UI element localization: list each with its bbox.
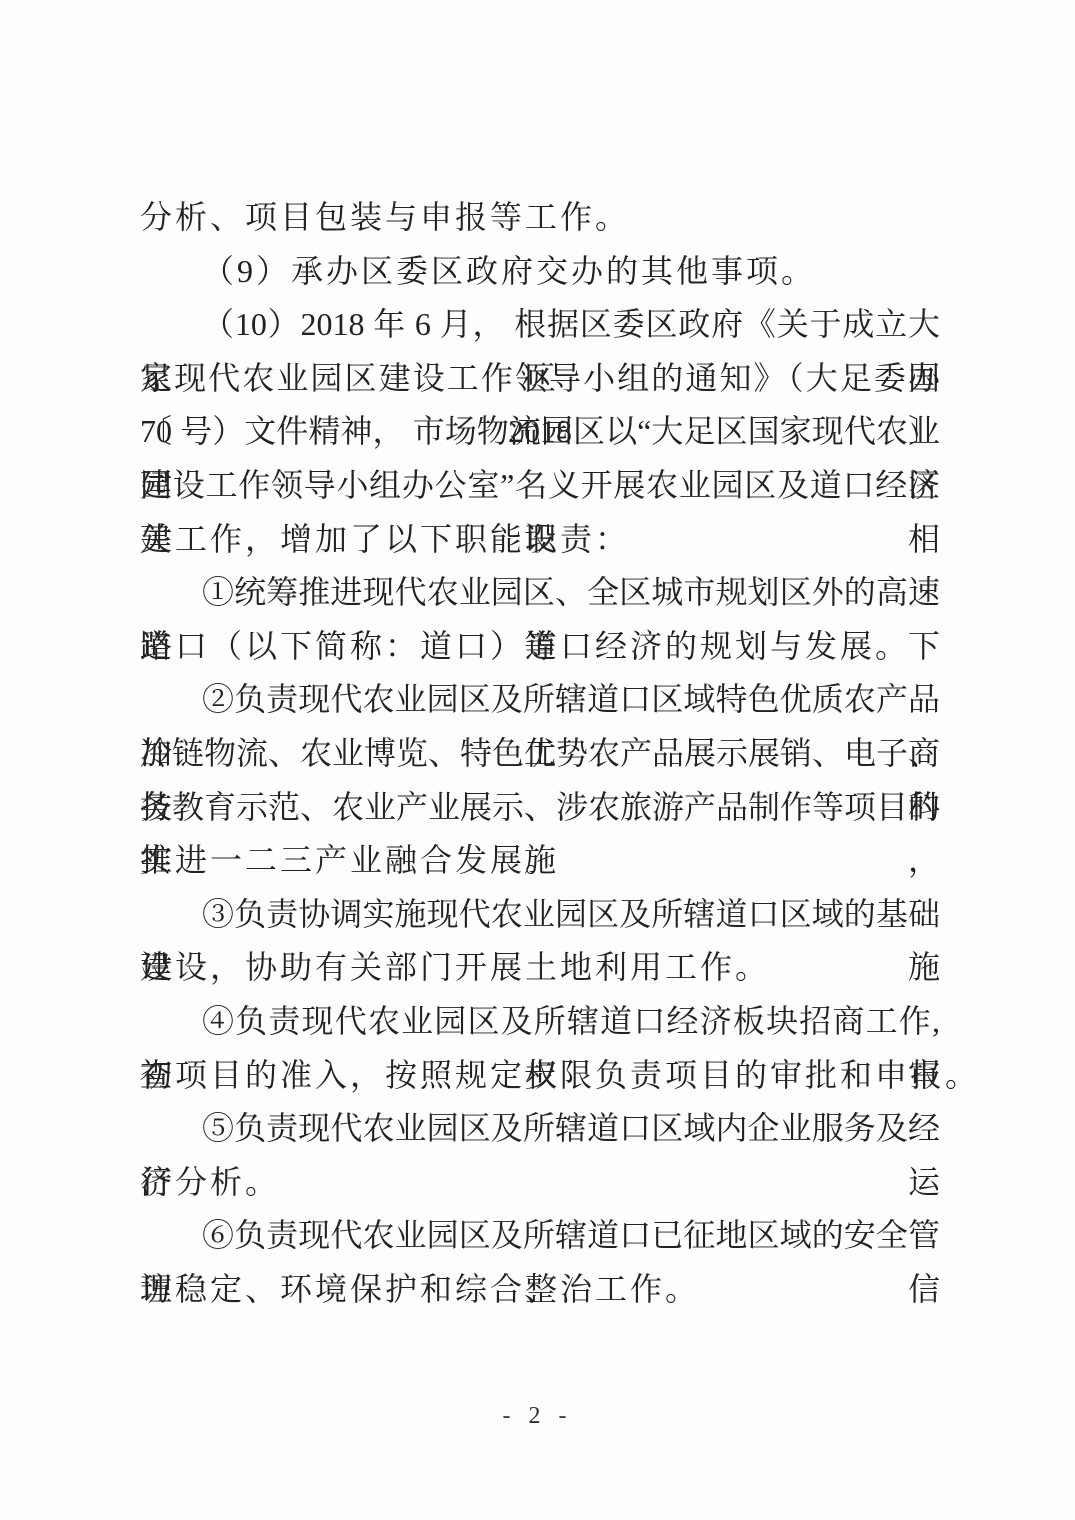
text-line: ②负责现代农业园区及所辖道口区域特色优质农产品加工、 <box>140 673 940 727</box>
document-body: 分析、项目包装与申报等工作。（9）承办区委区政府交办的其他事项。（10）2018… <box>140 191 940 1316</box>
text-line: 分析、项目包装与申报等工作。 <box>140 191 940 245</box>
text-line: ⑥负责现代农业园区及所辖道口已征地区域的安全管理、信 <box>140 1209 940 1263</box>
page-number: - 2 - <box>0 1400 1075 1432</box>
text-line: ⑤负责现代农业园区及所辖道口区域内企业服务及经济运 <box>140 1102 940 1156</box>
text-line: ④负责现代农业园区及所辖道口经济板块招商工作,初步审 <box>140 995 940 1049</box>
text-line: 查项目的准入，按照规定权限负责项目的审批和申报。 <box>140 1049 940 1103</box>
text-line: 家现代农业园区建设工作领导小组的通知》（大足委办〔2018〕 <box>140 352 940 406</box>
text-line: ③负责协调实施现代农业园区及所辖道口区域的基础设施 <box>140 888 940 942</box>
text-line: 技教育示范、农业产业展示、涉农旅游产品制作等项目的实施， <box>140 781 940 835</box>
text-line: （10）2018 年 6 月， 根据区委区政府《关于成立大足区国 <box>140 298 940 352</box>
text-line: ①统筹推进现代农业园区、全区城市规划区外的高速路等下 <box>140 566 940 620</box>
text-line: 70 号）文件精神， 市场物流园区以“大足区国家现代农业园区 <box>140 405 940 459</box>
text-line: （9）承办区委区政府交办的其他事项。 <box>140 245 940 299</box>
document-page: 分析、项目包装与申报等工作。（9）承办区委区政府交办的其他事项。（10）2018… <box>0 0 1075 1520</box>
text-line: 冷链物流、农业博览、特色优势农产品展示展销、电子商务、科 <box>140 727 940 781</box>
text-line: 道口（以下简称：道口）道口经济的规划与发展。 <box>140 620 940 674</box>
text-line: 建设工作领导小组办公室”名义开展农业园区及道口经济建设相 <box>140 459 940 513</box>
